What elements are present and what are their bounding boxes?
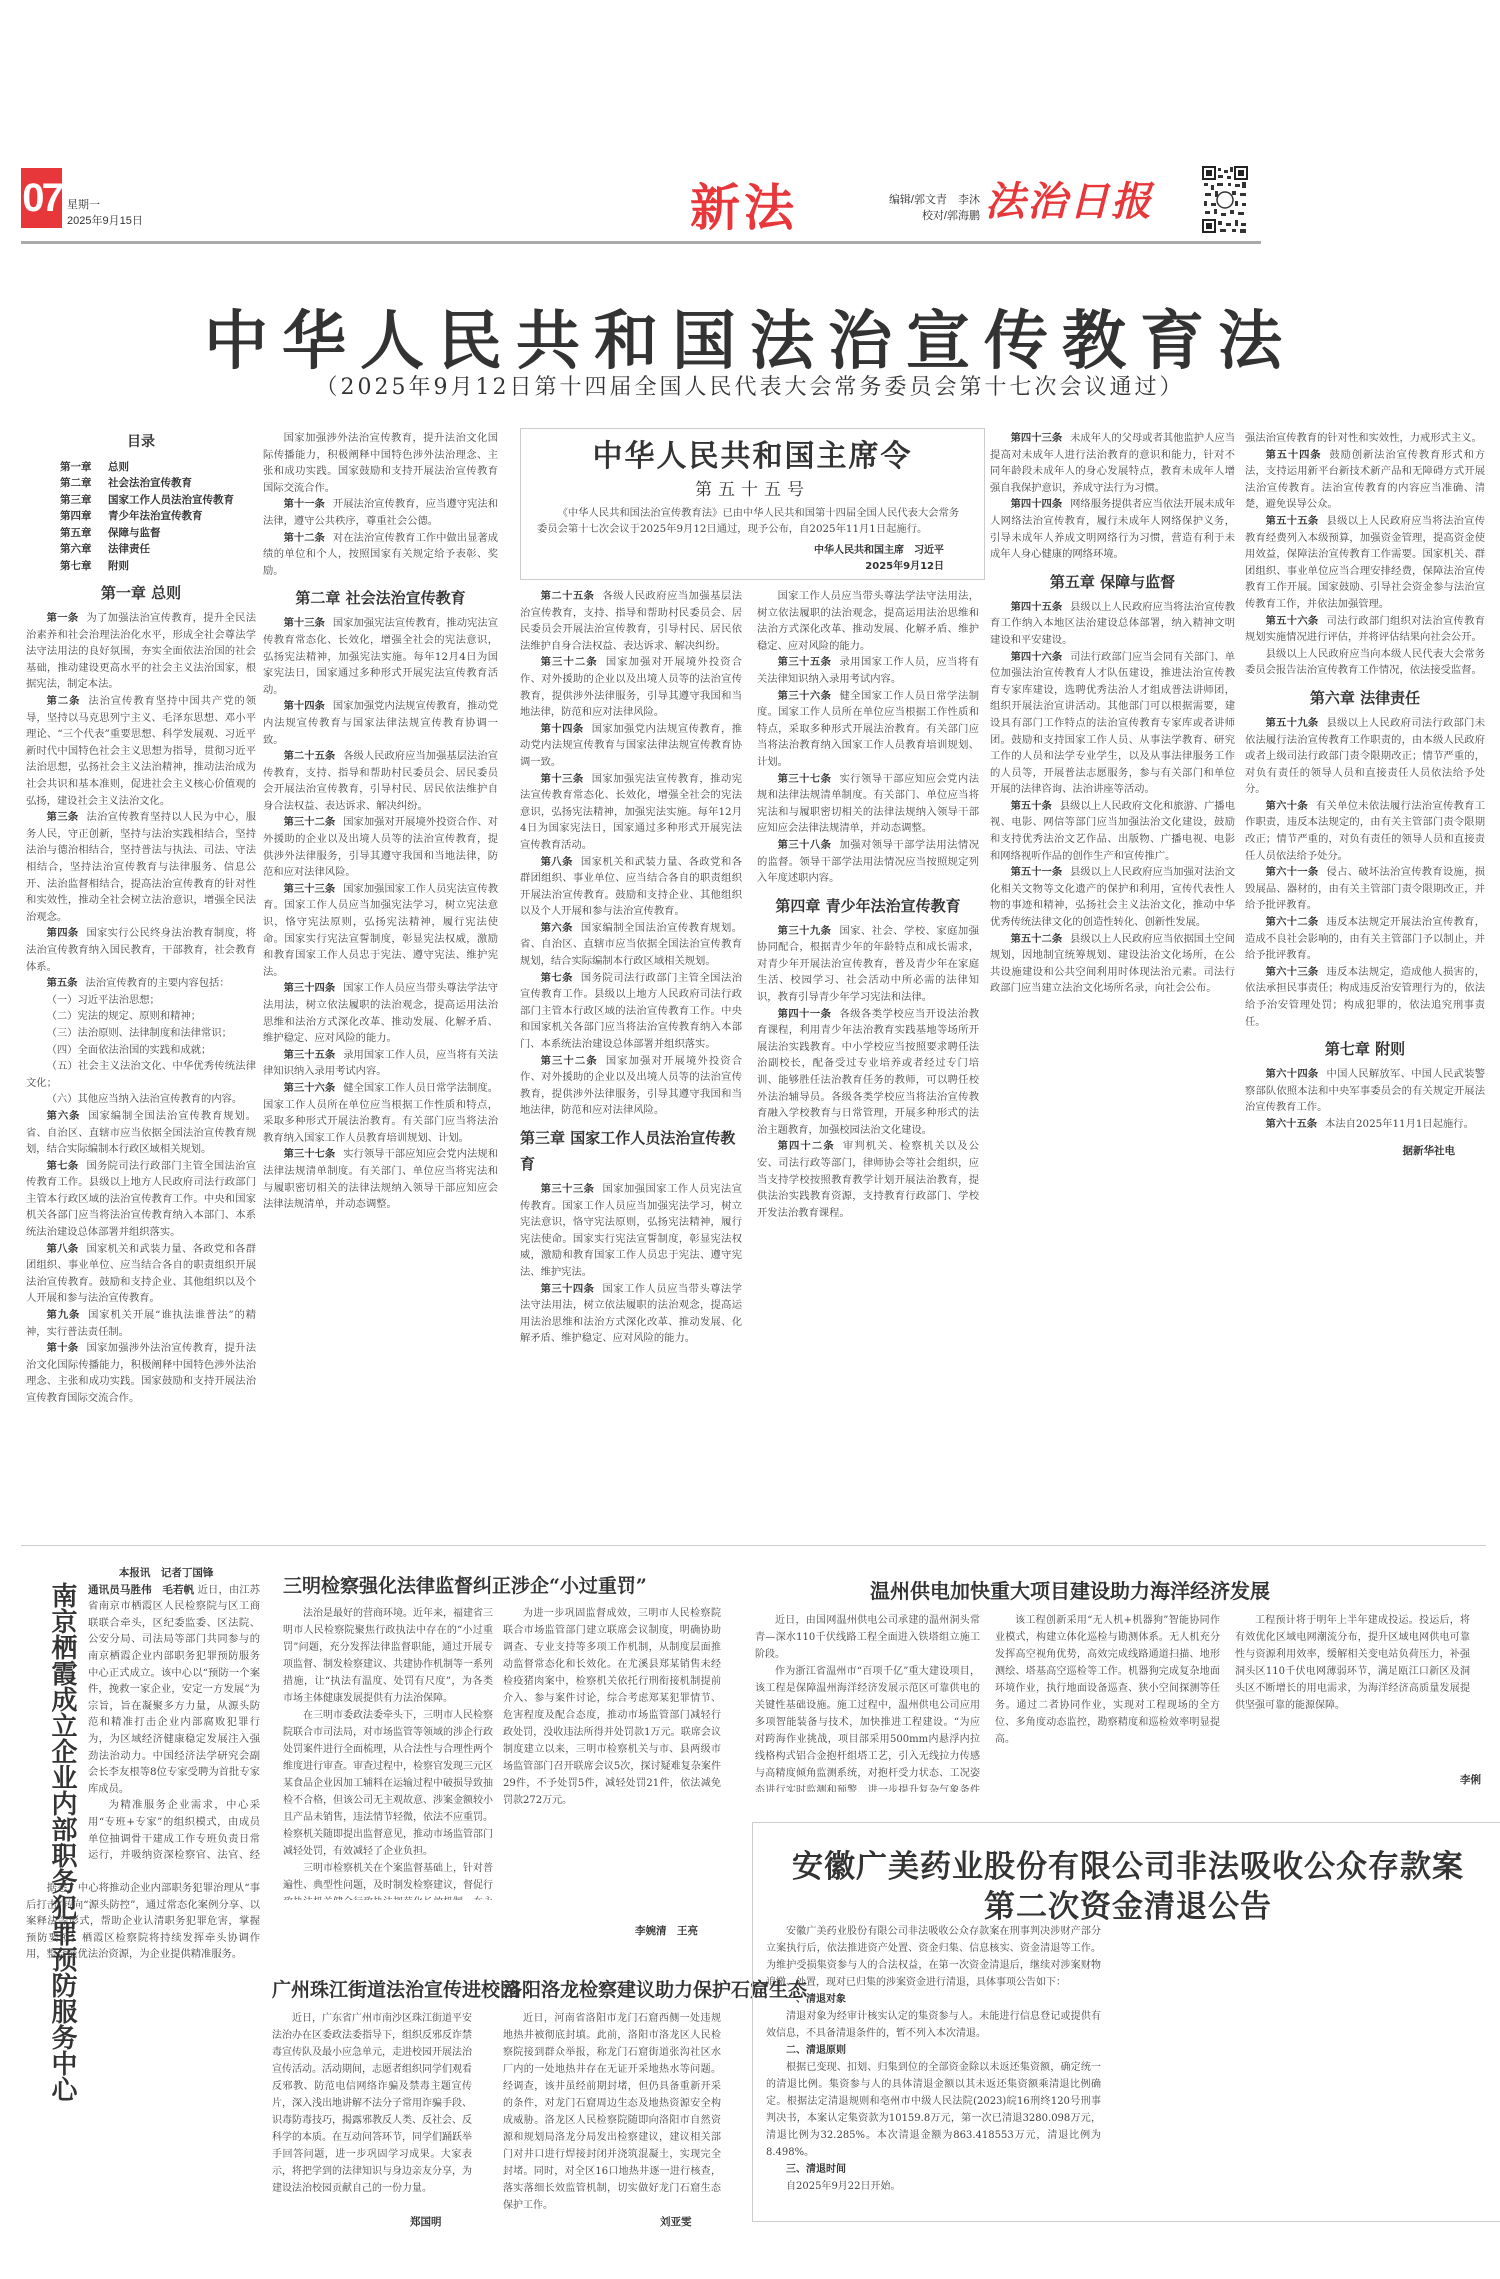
law-column-2: 国家加强涉外法治宣传教育，提升法治文化国际传播能力，积极阐释中国特色涉外法治理念…	[263, 430, 498, 1535]
article: 强法治宣传教育的针对性和实效性，力戒形式主义。	[1245, 430, 1485, 447]
nanjing-story-top: 本报讯 记者丁国锋 通讯员马胜伟 毛若帆 近日，由江苏省南京市栖霞区人民检察院与…	[88, 1565, 260, 1865]
decree-number: 第五十五号	[537, 477, 968, 503]
decree-title: 中华人民共和国主席令	[537, 437, 968, 477]
article: 第四条国家实行公民终身法治教育制度，将法治宣传教育纳入国民教育，干部教育，社会教…	[26, 925, 256, 975]
byline: 本报讯 记者丁国锋	[119, 1567, 214, 1579]
article: 县级以上人民政府应当向本级人民代表大会常务委员会报告法治宣传教育工作情况，依法接…	[1245, 646, 1485, 679]
guangzhou-story: 近日，广东省广州市南沙区珠江街道平安法治办在区委政法委指导下，组织反邪反诈禁毒宣…	[272, 2010, 472, 2220]
article: 第十一条开展法治宣传教育，应当遵守宪法和法律，遵守公共秩序，尊重社会公德。	[263, 496, 498, 529]
law-subtitle: （2025年9月12日第十四届全国人民代表大会常务委员会第十七次会议通过）	[0, 370, 1500, 401]
chapter-heading: 第六章 法律责任	[1245, 685, 1485, 711]
toc-item: 第二章社会法治宣传教育	[26, 475, 256, 492]
article: 第十四条国家加强党内法规宣传教育，推动党内法规宣传教育与国家法律法规宣传教育协调…	[263, 698, 498, 748]
section-divider	[21, 1545, 1486, 1546]
wenzhou-col-2: 该工程创新采用“无人机+机器狗”智能协同作业模式，构建立体化巡检与勘测体系。无人…	[995, 1612, 1220, 1792]
article: 第三十四条国家工作人员应当带头尊法学法守法用法，树立依法履职的法治观念，提高运用…	[263, 980, 498, 1046]
article: 第二十五条各级人民政府应当加强基层法治宣传教育，支持、指导和帮助村民委员会、居民…	[263, 748, 498, 814]
article: 第六十四条中国人民解放军、中国人民武装警察部队依照本法和中央军事委员会的有关规定…	[1245, 1066, 1485, 1116]
toc-item: 第三章国家工作人员法治宣传教育	[26, 492, 256, 509]
notice-paragraph: 清退对象为经审计核实认定的集资参与人。未能进行信息登记或提供有效信息，不具备清退…	[766, 2008, 1101, 2042]
wenzhou-col-1: 近日，由国网温州供电公司承建的温州洞头常青—深水110千伏线路工程全面进入铁塔组…	[755, 1612, 980, 1792]
law-column-5: 第四十三条未成年人的父母或者其他监护人应当提高对未成年人进行法治教育的意识和能力…	[990, 430, 1235, 1535]
chapter-heading: 第一章 总则	[26, 580, 256, 606]
article: 第四十一条各级各类学校应当开设法治教育课程，利用青少年法治教育实践基地等场所开展…	[757, 1006, 979, 1139]
decree-body: 《中华人民共和国法治宣传教育法》已由中华人民共和国第十四届全国人民代表大会常务委…	[537, 505, 968, 537]
article: 第七条国务院司法行政部门主管全国法治宣传教育工作。县级以上地方人民政府司法行政部…	[520, 970, 742, 1053]
qr-code-icon	[1202, 165, 1248, 235]
article: 第十四条国家加强党内法规宣传教育，推动党内法规宣传教育与国家法律法规宣传教育协调…	[520, 721, 742, 771]
story-body: 三明市检察机关在个案监督基础上，针对普遍性、典型性问题，及时制发检察建议，督促行…	[283, 1860, 493, 1900]
notice-title-line2: 第二次资金清退公告	[753, 1881, 1500, 1926]
guangzhou-headline: 广州珠江街道法治宣传进校园	[272, 1975, 519, 2002]
article: 第五十六条司法行政部门组织对法治宣传教育规划实施情况进行评估，并将评估结果向社会…	[1245, 613, 1485, 646]
law-column-1: 目录 第一章总则 第二章社会法治宣传教育 第三章国家工作人员法治宣传教育 第四章…	[26, 430, 256, 1535]
article: 第九条国家机关开展“谁执法谁普法”的精神，实行普法责任制。	[26, 1307, 256, 1340]
presidential-decree: 中华人民共和国主席令 第五十五号 《中华人民共和国法治宣传教育法》已由中华人民共…	[520, 428, 985, 580]
article: 第四十六条司法行政部门应当会同有关部门、单位加强法治宣传教育人才队伍建设，推进法…	[990, 649, 1235, 798]
article: 国家工作人员应当带头尊法学法守法用法，树立依法履职的法治观念，提高运用法治思维和…	[757, 588, 979, 654]
notice-section-heading: 一、清退对象	[766, 1991, 1101, 2008]
article: 第三十六条健全国家工作人员日常学法制度。国家工作人员所在单位应当根据工作性质和特…	[757, 688, 979, 771]
article: 第十三条国家加强宪法宣传教育，推动宪法宣传教育常态化、长效化，增强全社会的宪法意…	[263, 615, 498, 698]
article: 第三十七条实行领导干部应知应会党内法规和法律法规清单制度。有关部门、单位应当将宪…	[757, 771, 979, 837]
article: 第一条为了加强法治宣传教育，提升全民法治素养和社会治理法治化水平，形成全社会尊法…	[26, 610, 256, 693]
list-item: （五）社会主义法治文化、中华优秀传统法律文化；	[26, 1058, 256, 1091]
chapter-heading: 第二章 社会法治宣传教育	[263, 585, 498, 611]
article: 第七条国务院司法行政部门主管全国法治宣传教育工作。县级以上地方人民政府司法行政部…	[26, 1158, 256, 1241]
notice-section-heading: 三、清退时间	[766, 2161, 1101, 2178]
list-item: （三）法治原则、法律制度和法律常识；	[26, 1025, 256, 1042]
decree-date: 2025年9月12日	[537, 559, 968, 575]
article: 第六十五条本法自2025年11月1日起施行。	[1245, 1116, 1485, 1133]
list-item: （一）习近平法治思想；	[26, 992, 256, 1009]
section-title: 新法	[690, 168, 798, 240]
article: 第三十八条加强对领导干部学法用法情况的监督。领导干部学法用法情况应当按照规定列入…	[757, 837, 979, 887]
sanming-col-1: 法治是最好的营商环境。近年来，福建省三明市人民检察院聚焦行政执法中存在的“小过重…	[283, 1605, 493, 1900]
article: 第六条国家编制全国法治宣传教育规划。省、自治区、直辖市应当依据全国法治宣传教育规…	[520, 920, 742, 970]
chapter-heading: 第五章 保障与监督	[990, 569, 1235, 595]
luoyang-story: 近日，河南省洛阳市龙门石窟西侧一处违规地热井被彻底封填。此前，洛阳市洛龙区人民检…	[503, 2010, 721, 2220]
notice-col-left: 安徽广美药业股份有限公司非法吸收公众存款案在刑事判决涉财产部分立案执行后，依法推…	[766, 1923, 1101, 2195]
article: 第三十七条实行领导干部应知应会党内法规和法律法规清单制度。有关部门、单位应当将宪…	[263, 1146, 498, 1212]
article: 国家加强涉外法治宣传教育，提升法治文化国际传播能力，积极阐释中国特色涉外法治理念…	[263, 430, 498, 496]
newspaper-masthead: 法治日报	[985, 170, 1153, 227]
article: 第三十二条国家加强对开展境外投资合作、对外援助的企业以及出境人员等的法治宣传教育…	[520, 654, 742, 720]
notice-title-line1: 安徽广美药业股份有限公司非法吸收公众存款案	[753, 1841, 1500, 1886]
article: 第五十四条鼓励创新法治宣传教育形式和方法，支持运用新平台新技术新产品和无障碍方式…	[1245, 447, 1485, 513]
editor-credits: 编辑/郭文青 李沐 校对/郭海鹏	[860, 192, 980, 224]
table-of-contents: 第一章总则 第二章社会法治宣传教育 第三章国家工作人员法治宣传教育 第四章青少年…	[26, 459, 256, 575]
weekday: 星期一	[67, 196, 100, 212]
article: 第五十九条县级以上人民政府司法行政部门未依法履行法治宣传教育工作职责的，由本级人…	[1245, 715, 1485, 798]
toc-item: 第七章附则	[26, 558, 256, 575]
law-column-3: 第二十五条各级人民政府应当加强基层法治宣传教育，支持、指导和帮助村民委员会、居民…	[520, 588, 742, 1535]
article: 第四十五条县级以上人民政府应当将法治宣传教育工作纳入本地区法治建设总体部署，纳入…	[990, 599, 1235, 649]
sanming-headline: 三明检察强化法律监督纠正涉企“小过重罚”	[283, 1571, 647, 1598]
editors: 编辑/郭文青 李沐	[860, 192, 980, 208]
toc-item: 第四章青少年法治宣传教育	[26, 508, 256, 525]
article: 第二十五条各级人民政府应当加强基层法治宣传教育，支持、指导和帮助村民委员会、居民…	[520, 588, 742, 654]
guangzhou-author: 郑国明	[410, 2214, 442, 2229]
article: 第三十四条国家工作人员应当带头尊法学法守法用法，树立依法履职的法治观念，提高运用…	[520, 1281, 742, 1347]
article: 第三十六条健全国家工作人员日常学法制度。国家工作人员所在单位应当根据工作性质和特…	[263, 1080, 498, 1146]
notice-intro: 安徽广美药业股份有限公司非法吸收公众存款案在刑事判决涉财产部分立案执行后，依法推…	[766, 1923, 1101, 1991]
chapter-heading: 第三章 国家工作人员法治宣传教育	[520, 1125, 742, 1177]
article: 第三十五条录用国家工作人员，应当将有关法律知识纳入录用考试内容。	[757, 654, 979, 687]
story-body: 在三明市委政法委牵头下，三明市人民检察院联合市司法局，对市场监管等领域的涉企行政…	[283, 1707, 493, 1860]
decree-signer: 中华人民共和国主席 习近平	[537, 543, 968, 559]
article: 第八条国家机关和武装力量、各政党和各群团组织、事业单位、应当结合各自的职责组织开…	[26, 1241, 256, 1307]
article: 第三十五条录用国家工作人员，应当将有关法律知识纳入录用考试内容。	[263, 1047, 498, 1080]
story-body: 近日，由国网温州供电公司承建的温州洞头常青—深水110千伏线路工程全面进入铁塔组…	[755, 1612, 980, 1663]
article: 第四十四条网络服务提供者应当依法开展未成年人网络法治宣传教育，履行未成年人网络保…	[990, 496, 1235, 562]
list-item: （四）全面依法治国的实践和成就；	[26, 1042, 256, 1059]
proofreader: 校对/郭海鹏	[860, 208, 980, 224]
story-body: 近日，广东省广州市南沙区珠江街道平安法治办在区委政法委指导下，组织反邪反诈禁毒宣…	[272, 2010, 472, 2197]
toc-title: 目录	[26, 434, 256, 451]
article: 第四十三条未成年人的父母或者其他监护人应当提高对未成年人进行法治教育的意识和能力…	[990, 430, 1235, 496]
issue-date: 2025年9月15日	[67, 212, 143, 228]
notice-paragraph: 自2025年9月22日开始。	[766, 2178, 1101, 2195]
article: 第十三条国家加强宪法宣传教育，推动宪法宣传教育常态化、长效化，增强全社会的宪法意…	[520, 771, 742, 854]
sanming-author: 李婉清 王亮	[635, 1923, 698, 1938]
story-body: 据悉，中心将推动企业内部职务犯罪治理从“事后打击”转向“源头防控”，通过常态化案…	[26, 1880, 260, 1963]
header-rule	[21, 241, 1261, 244]
chapter-heading: 第七章 附则	[1245, 1036, 1485, 1062]
article: 第十条国家加强涉外法治宣传教育，提升法治文化国际传播能力，积极阐释中国特色涉外法…	[26, 1340, 256, 1406]
news-source: 据新华社电	[1245, 1143, 1485, 1160]
article: 第六十三条违反本法规定，造成他人损害的，依法承担民事责任；构成违反治安管理行为的…	[1245, 964, 1485, 1030]
article: 第三十二条国家加强对开展境外投资合作、对外援助的企业以及出境人员等的法治宣传教育…	[263, 814, 498, 880]
byline: 通讯员马胜伟 毛若帆	[88, 1584, 194, 1596]
article: 第六条国家编制全国法治宣传教育规划。省、自治区、直辖市应当依据全国法治宣传教育规…	[26, 1108, 256, 1158]
notice-paragraph: 根据已变现、扣划、归集到位的全部资金除以未返还集资额，确定统一的清退比例。集资参…	[766, 2059, 1101, 2161]
article: 第六十二条违反本法规定开展法治宣传教育，造成不良社会影响的，由有关主管部门予以制…	[1245, 914, 1485, 964]
article: 第五十条县级以上人民政府文化和旅游、广播电视、电影、网信等部门应当加强法治文化建…	[990, 798, 1235, 864]
article: 第二条法治宣传教育坚持中国共产党的领导，坚持以马克思列宁主义、毛泽东思想、邓小平…	[26, 693, 256, 809]
law-column-6: 强法治宣传教育的针对性和实效性，力戒形式主义。 第五十四条鼓励创新法治宣传教育形…	[1245, 430, 1485, 1535]
article: 第四十二条审判机关、检察机关以及公安、司法行政等部门，律师协会等社会组织，应当支…	[757, 1138, 979, 1221]
article: 第十二条对在法治宣传教育工作中做出显著成绩的单位和个人，按照国家有关规定给予表彰…	[263, 530, 498, 580]
article: 第五十五条县级以上人民政府应当将法治宣传教育经费列入本级预算，加强资金管理，提高…	[1245, 513, 1485, 613]
nanjing-story-bottom: 据悉，中心将推动企业内部职务犯罪治理从“事后打击”转向“源头防控”，通过常态化案…	[26, 1880, 260, 2080]
article: 第三十九条国家、社会、学校、家庭加强协同配合，根据青少年的年龄特点和成长需求，对…	[757, 923, 979, 1006]
article: 第五条法治宣传教育的主要内容包括：	[26, 975, 256, 992]
article: 第三十二条国家加强对开展境外投资合作、对外援助的企业以及出境人员等的法治宣传教育…	[520, 1053, 742, 1119]
story-body: 为精准服务企业需求，中心采用“专班+专家”的组织模式，由成员单位抽调骨干建成工作…	[88, 1797, 260, 1865]
article: 第三十三条国家加强国家工作人员宪法宣传教育。国家工作人员应当加强宪法学习，树立宪…	[520, 1181, 742, 1281]
list-item: （六）其他应当纳入法治宣传教育的内容。	[26, 1091, 256, 1108]
toc-item: 第六章法律责任	[26, 541, 256, 558]
wenzhou-headline: 温州供电加快重大项目建设助力海洋经济发展	[870, 1575, 1270, 1604]
story-body: 法治是最好的营商环境。近年来，福建省三明市人民检察院聚焦行政执法中存在的“小过重…	[283, 1605, 493, 1707]
sanming-col-2: 为进一步巩固监督成效，三明市人民检察院联合市场监管部门建立联席会议制度，明确协助…	[503, 1605, 721, 1880]
article: 第五十一条县级以上人民政府应当加强对法治文化相关文物等文化遗产的保护和利用，宣传…	[990, 864, 1235, 930]
luoyang-author: 刘亚雯	[660, 2214, 692, 2229]
toc-item: 第一章总则	[26, 459, 256, 476]
chapter-heading: 第四章 青少年法治宣传教育	[757, 893, 979, 919]
story-body: 该工程创新采用“无人机+机器狗”智能协同作业模式，构建立体化巡检与勘测体系。无人…	[995, 1612, 1220, 1748]
toc-item: 第五章保障与监督	[26, 525, 256, 542]
story-body: 作为浙江省温州市“百项千亿”重大建设项目，该工程是保障温州海洋经济发展示范区可靠…	[755, 1663, 980, 1792]
wenzhou-author: 李俐	[1460, 1772, 1481, 1787]
wenzhou-col-3: 工程预计将于明年上半年建成投运。投运后，将有效优化区域电网潮流分布，提升区域电网…	[1235, 1612, 1470, 1782]
story-body: 工程预计将于明年上半年建成投运。投运后，将有效优化区域电网潮流分布，提升区域电网…	[1235, 1612, 1470, 1714]
article: 第五十二条县级以上人民政府应当依据国土空间规划，因地制宜统筹规划、建设法治文化场…	[990, 931, 1235, 997]
story-body: 近日，由江苏省南京市栖霞区人民检察院与区工商联联合牵头，区纪委监委、区法院、公安…	[88, 1584, 260, 1795]
article: 第三条法治宣传教育坚持以人民为中心，服务人民，守正创新，坚持与法治实践相结合，坚…	[26, 809, 256, 925]
article: 第六十一条侵占、破坏法治宣传教育设施，损毁展品、器材的，由有关主管部门责令限期改…	[1245, 864, 1485, 914]
law-title: 中华人民共和国法治宣传教育法	[0, 290, 1500, 382]
list-item: （二）宪法的规定、原则和精神；	[26, 1008, 256, 1025]
article: 第八条国家机关和武装力量、各政党和各群团组织、事业单位、应当结合各自的职责组织开…	[520, 854, 742, 920]
law-column-4: 国家工作人员应当带头尊法学法守法用法，树立依法履职的法治观念，提高运用法治思维和…	[757, 588, 979, 1535]
story-body: 为进一步巩固监督成效，三明市人民检察院联合市场监管部门建立联席会议制度，明确协助…	[503, 1605, 721, 1809]
public-notice: 安徽广美药业股份有限公司非法吸收公众存款案 第二次资金清退公告 安徽广美药业股份…	[752, 1822, 1500, 2222]
article: 第六十条有关单位未依法履行法治宣传教育工作职责，违反本法规定的，由有关主管部门责…	[1245, 798, 1485, 864]
page-number: 07	[21, 168, 62, 228]
story-body: 近日，河南省洛阳市龙门石窟西侧一处违规地热井被彻底封填。此前，洛阳市洛龙区人民检…	[503, 2010, 721, 2214]
notice-section-heading: 二、清退原则	[766, 2042, 1101, 2059]
article: 第三十三条国家加强国家工作人员宪法宣传教育。国家工作人员应当加强宪法学习，树立宪…	[263, 881, 498, 981]
